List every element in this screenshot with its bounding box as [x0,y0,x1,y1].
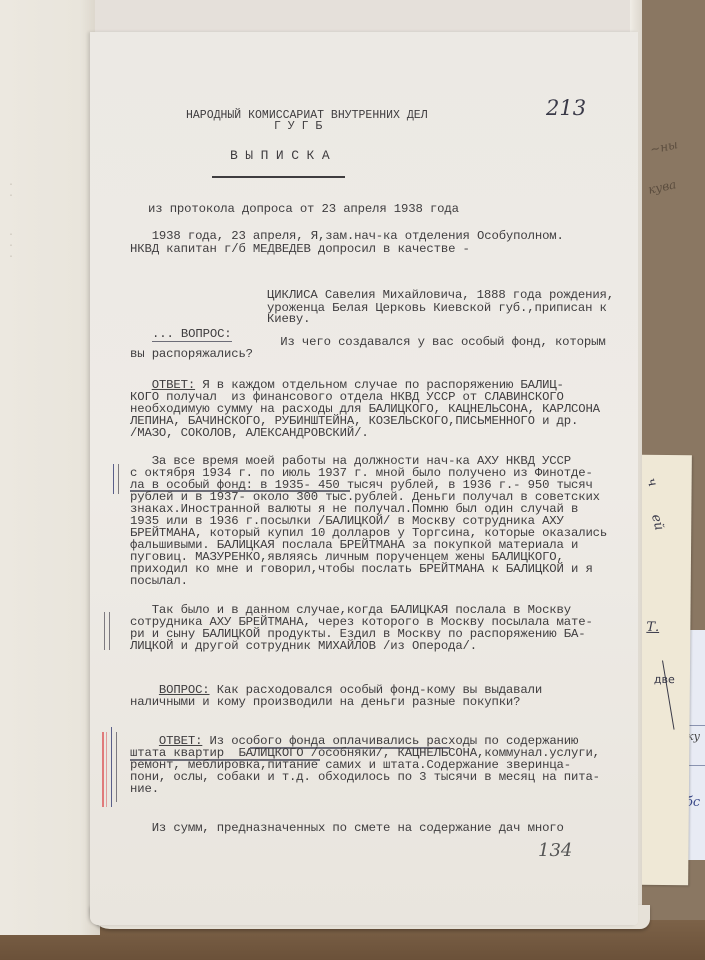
document-subtitle: из протокола допроса от 23 апреля 1938 г… [148,203,459,216]
page-number-bottom-handwritten: 134 [538,840,572,861]
subject-line: ЦИКЛИСА Савелия Михайловича, 1888 года р… [267,289,614,302]
question-label-text: ... ВОПРОС: [152,327,232,342]
subject-line: уроженца Белая Церковь Киевской губ.,при… [267,302,607,315]
paragraph-line: приходил ко мне и говорил,чтобы послать … [130,563,593,576]
margin-mark-pencil [118,464,119,494]
scrap-handwriting: Т. [646,620,659,635]
answer-line: /МАЗО, СОКОЛОВ, АЛЕКСАНДРОВСКИЙ/. [130,427,369,440]
answer-line: ние. [130,783,159,796]
margin-mark-pencil [116,732,117,802]
scrap-handwriting: ей [648,513,667,532]
question-label: ... ВОПРОС: [152,328,232,341]
margin-mark-pencil [104,612,105,650]
margin-mark-red [102,732,104,807]
intro-line: 1938 года, 23 апреля, Я,зам.нач-ка отдел… [130,230,564,243]
question-text: вы распоряжались? [130,348,253,361]
subject-line: Киеву. [267,313,310,326]
title-underline [212,176,345,178]
paragraph-line: ЛИЦКОЙ и другой сотрудник МИХАЙЛОВ /из О… [130,640,477,653]
background-handwriting: ~ны [649,137,679,156]
attached-note-scrap: ч ей Т. две [638,455,692,885]
document-title: В Ы П И С К А [230,150,329,163]
answer-line: пони, ослы, собаки и т.д. обходилось по … [130,771,600,784]
page-number-handwritten: 213 [546,96,586,120]
question-text: наличными и кому производили на деньги р… [130,696,520,709]
header-department: Г У Г Б [274,121,322,134]
scrap-handwriting: ч [643,476,660,489]
left-facing-page: ·· ··· [0,0,100,935]
bleed-through-text: ··· [8,230,14,263]
intro-line: НКВД капитан г/б МЕДВЕДЕВ допросил в кач… [130,243,470,256]
scrap-pen-stroke [662,660,675,729]
bleed-through-text: ·· [8,180,14,202]
document-page: НАРОДНЫЙ КОМИССАРИАТ ВНУТРЕННИХ ДЕЛ Г У … [90,32,638,925]
margin-mark-pencil [109,612,110,650]
margin-mark-blue [113,464,114,494]
paragraph-line: Из сумм, предназначенных по смете на сод… [130,822,564,835]
background-handwriting: кува [647,177,678,197]
margin-mark-blue [111,727,112,807]
question-text: Из чего создавался у вас особый фонд, ко… [273,336,606,349]
margin-mark-red [106,732,107,807]
paragraph-line: посылал. [130,575,188,588]
